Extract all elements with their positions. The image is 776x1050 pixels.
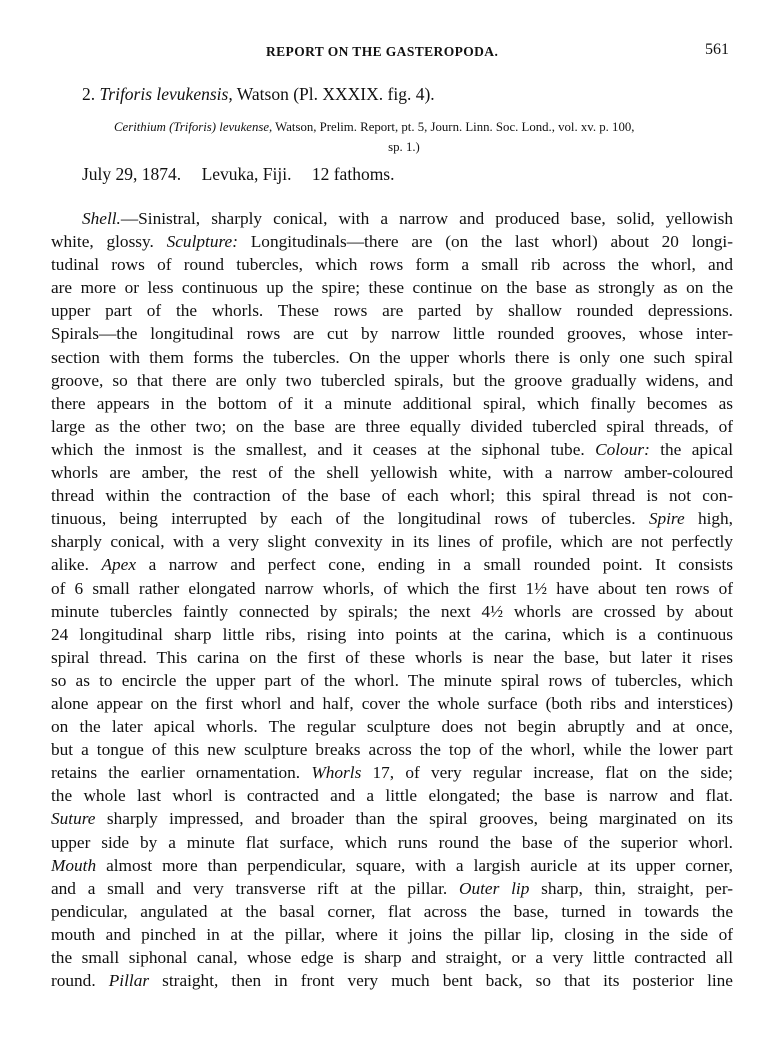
- running-head: REPORT ON THE GASTEROPODA. 561: [0, 44, 776, 64]
- synonym-citation-end: sp. 1.): [114, 137, 734, 157]
- text-line: tinuous, being interrupted by each of th…: [51, 507, 733, 530]
- text-line: but a tongue of this new sculpture break…: [51, 738, 733, 761]
- station-date: July 29, 1874.: [82, 164, 181, 184]
- text-line: so as to encircle the upper part of the …: [51, 669, 733, 692]
- document-page: REPORT ON THE GASTEROPODA. 561 2. Trifor…: [0, 0, 776, 1050]
- text-line: pendicular, angulated at the basal corne…: [51, 900, 733, 923]
- text-line: of 6 small rather elongated narrow whorl…: [51, 577, 733, 600]
- species-heading: 2. Triforis levukensis, Watson (Pl. XXXI…: [82, 84, 435, 105]
- description-body: Shell.—Sinistral, sharply conical, with …: [51, 207, 733, 992]
- station-depth: 12 fathoms.: [312, 164, 395, 184]
- text-line: retains the earlier ornamentation. Whorl…: [51, 761, 733, 784]
- text-line: Spirals—the longitudinal rows are cut by…: [51, 322, 733, 345]
- text-line: are more or less continuous up the spire…: [51, 276, 733, 299]
- text-line: alike. Apex a narrow and perfect cone, e…: [51, 553, 733, 576]
- text-line: section with them forms the tubercles. O…: [51, 346, 733, 369]
- section-term: Spire: [649, 509, 685, 528]
- species-number: 2.: [82, 84, 95, 104]
- section-term: Mouth: [51, 856, 96, 875]
- synonym-genus: Cerithium: [114, 120, 166, 134]
- synonym-citation: Watson, Prelim. Report, pt. 5, Journ. Li…: [275, 120, 634, 134]
- text-line: on the later apical whorls. The regular …: [51, 715, 733, 738]
- running-title: REPORT ON THE GASTEROPODA.: [266, 44, 498, 60]
- text-line: thread within the contraction of the bas…: [51, 484, 733, 507]
- text-line: there appears in the bottom of it a minu…: [51, 392, 733, 415]
- section-term: Whorls: [311, 763, 361, 782]
- text-line: round. Pillar straight, then in front ve…: [51, 969, 733, 992]
- section-term: Pillar: [109, 971, 149, 990]
- station-record: July 29, 1874. Levuka, Fiji. 12 fathoms.: [82, 164, 411, 185]
- text-line: groove, so that there are only two tuber…: [51, 369, 733, 392]
- section-term: Apex: [101, 555, 136, 574]
- text-line: white, glossy. Sculpture: Longitudinals—…: [51, 230, 733, 253]
- section-term: Sculpture:: [167, 232, 238, 251]
- section-term: Colour:: [595, 440, 650, 459]
- text-line: the whole last whorl is contracted and a…: [51, 784, 733, 807]
- species-name: Triforis levukensis,: [100, 84, 233, 104]
- text-line: Suture sharply impressed, and broader th…: [51, 807, 733, 830]
- text-line: minute tubercles faintly connected by sp…: [51, 600, 733, 623]
- text-line: Mouth almost more than perpendicular, sq…: [51, 854, 733, 877]
- text-line: large as the other two; on the base are …: [51, 415, 733, 438]
- text-line: alone appear on the first whorl and half…: [51, 692, 733, 715]
- text-line: upper part of the whorls. These rows are…: [51, 299, 733, 322]
- text-line: sharply conical, with a very slight conv…: [51, 530, 733, 553]
- text-line: upper side by a minute flat surface, whi…: [51, 831, 733, 854]
- section-term: Shell.: [82, 209, 121, 228]
- synonym-subgenus: (Triforis): [169, 120, 216, 134]
- text-line: which the inmost is the smallest, and it…: [51, 438, 733, 461]
- text-line: spiral thread. This carina on the first …: [51, 646, 733, 669]
- text-line: and a small and very transverse rift at …: [51, 877, 733, 900]
- synonymy-citation: Cerithium (Triforis) levukense, Watson, …: [114, 117, 734, 157]
- text-line: Shell.—Sinistral, sharply conical, with …: [51, 207, 733, 230]
- page-number: 561: [705, 41, 729, 59]
- species-authority: Watson (Pl. XXXIX. fig. 4).: [237, 84, 435, 104]
- text-line: the small siphonal canal, whose edge is …: [51, 946, 733, 969]
- text-line: mouth and pinched in at the pillar, wher…: [51, 923, 733, 946]
- station-locality: Levuka, Fiji.: [202, 164, 292, 184]
- text-line: whorls are amber, the rest of the shell …: [51, 461, 733, 484]
- text-line: 24 longitudinal sharp little ribs, risin…: [51, 623, 733, 646]
- text-line: tudinal rows of round tubercles, which r…: [51, 253, 733, 276]
- section-term: Suture: [51, 809, 95, 828]
- section-term: Outer lip: [459, 879, 529, 898]
- synonym-epithet: levukense,: [219, 120, 272, 134]
